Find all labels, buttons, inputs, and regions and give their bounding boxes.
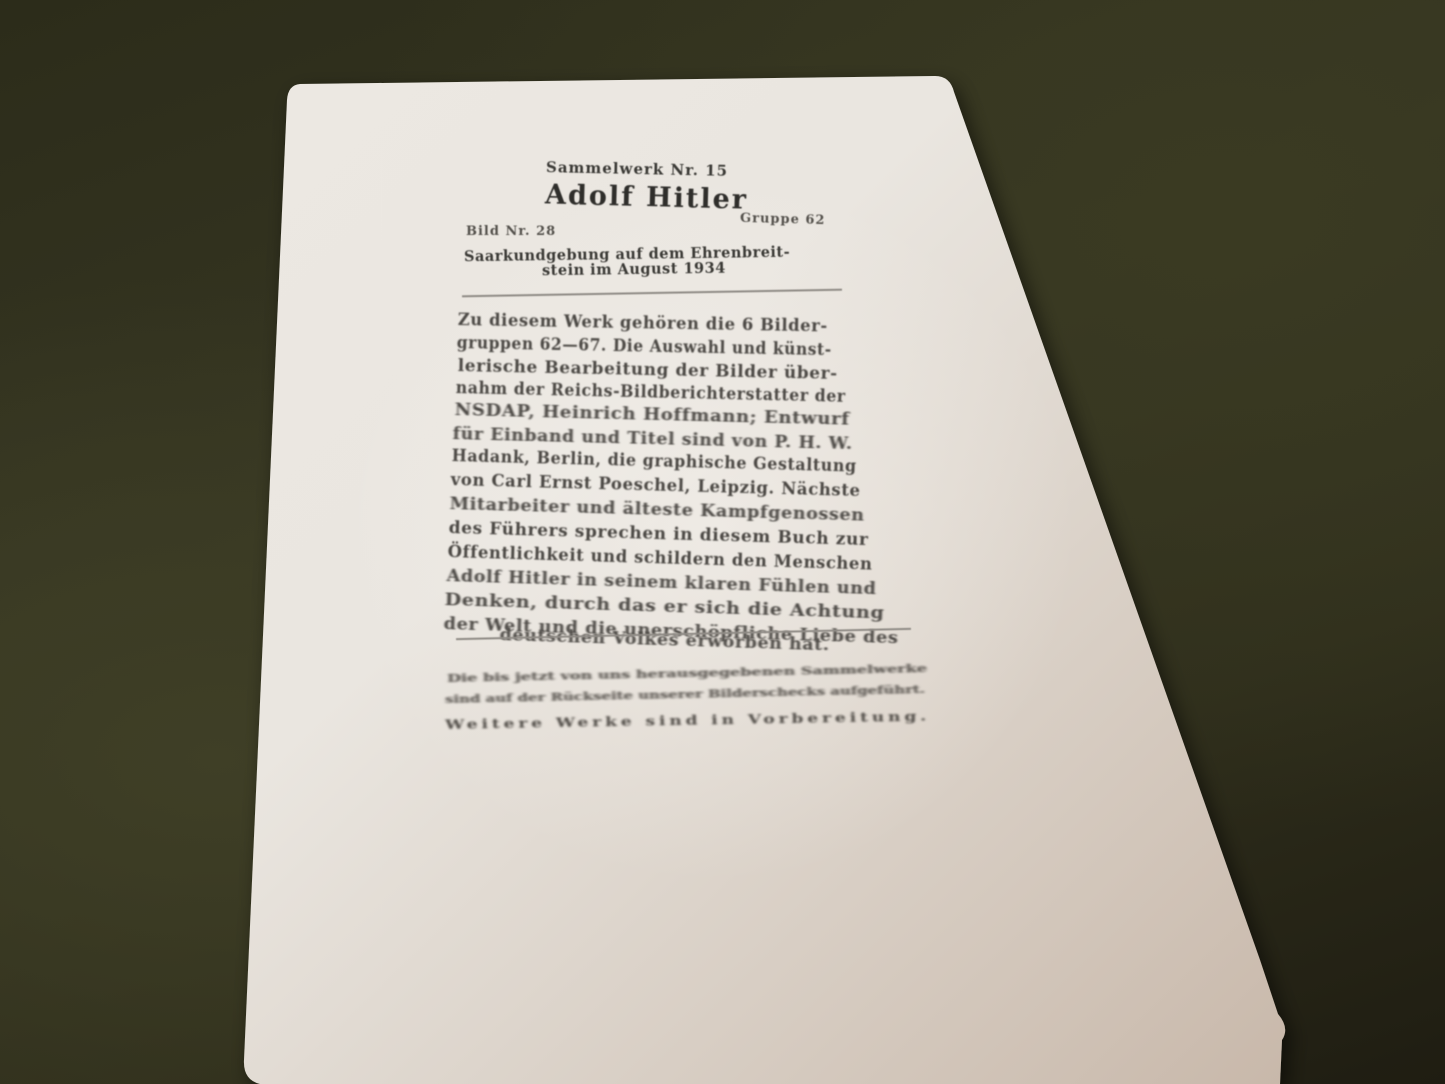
caption-line-2: stein im August 1934 [542, 260, 726, 280]
collector-card: Sammelwerk Nr. 15 Adolf Hitler Bild Nr. … [0, 0, 1445, 1084]
picture-number: Bild Nr. 28 [466, 224, 556, 239]
card-title: Adolf Hitler [545, 179, 749, 215]
group-number: Gruppe 62 [740, 211, 826, 228]
card-series: Sammelwerk Nr. 15 [546, 158, 728, 180]
